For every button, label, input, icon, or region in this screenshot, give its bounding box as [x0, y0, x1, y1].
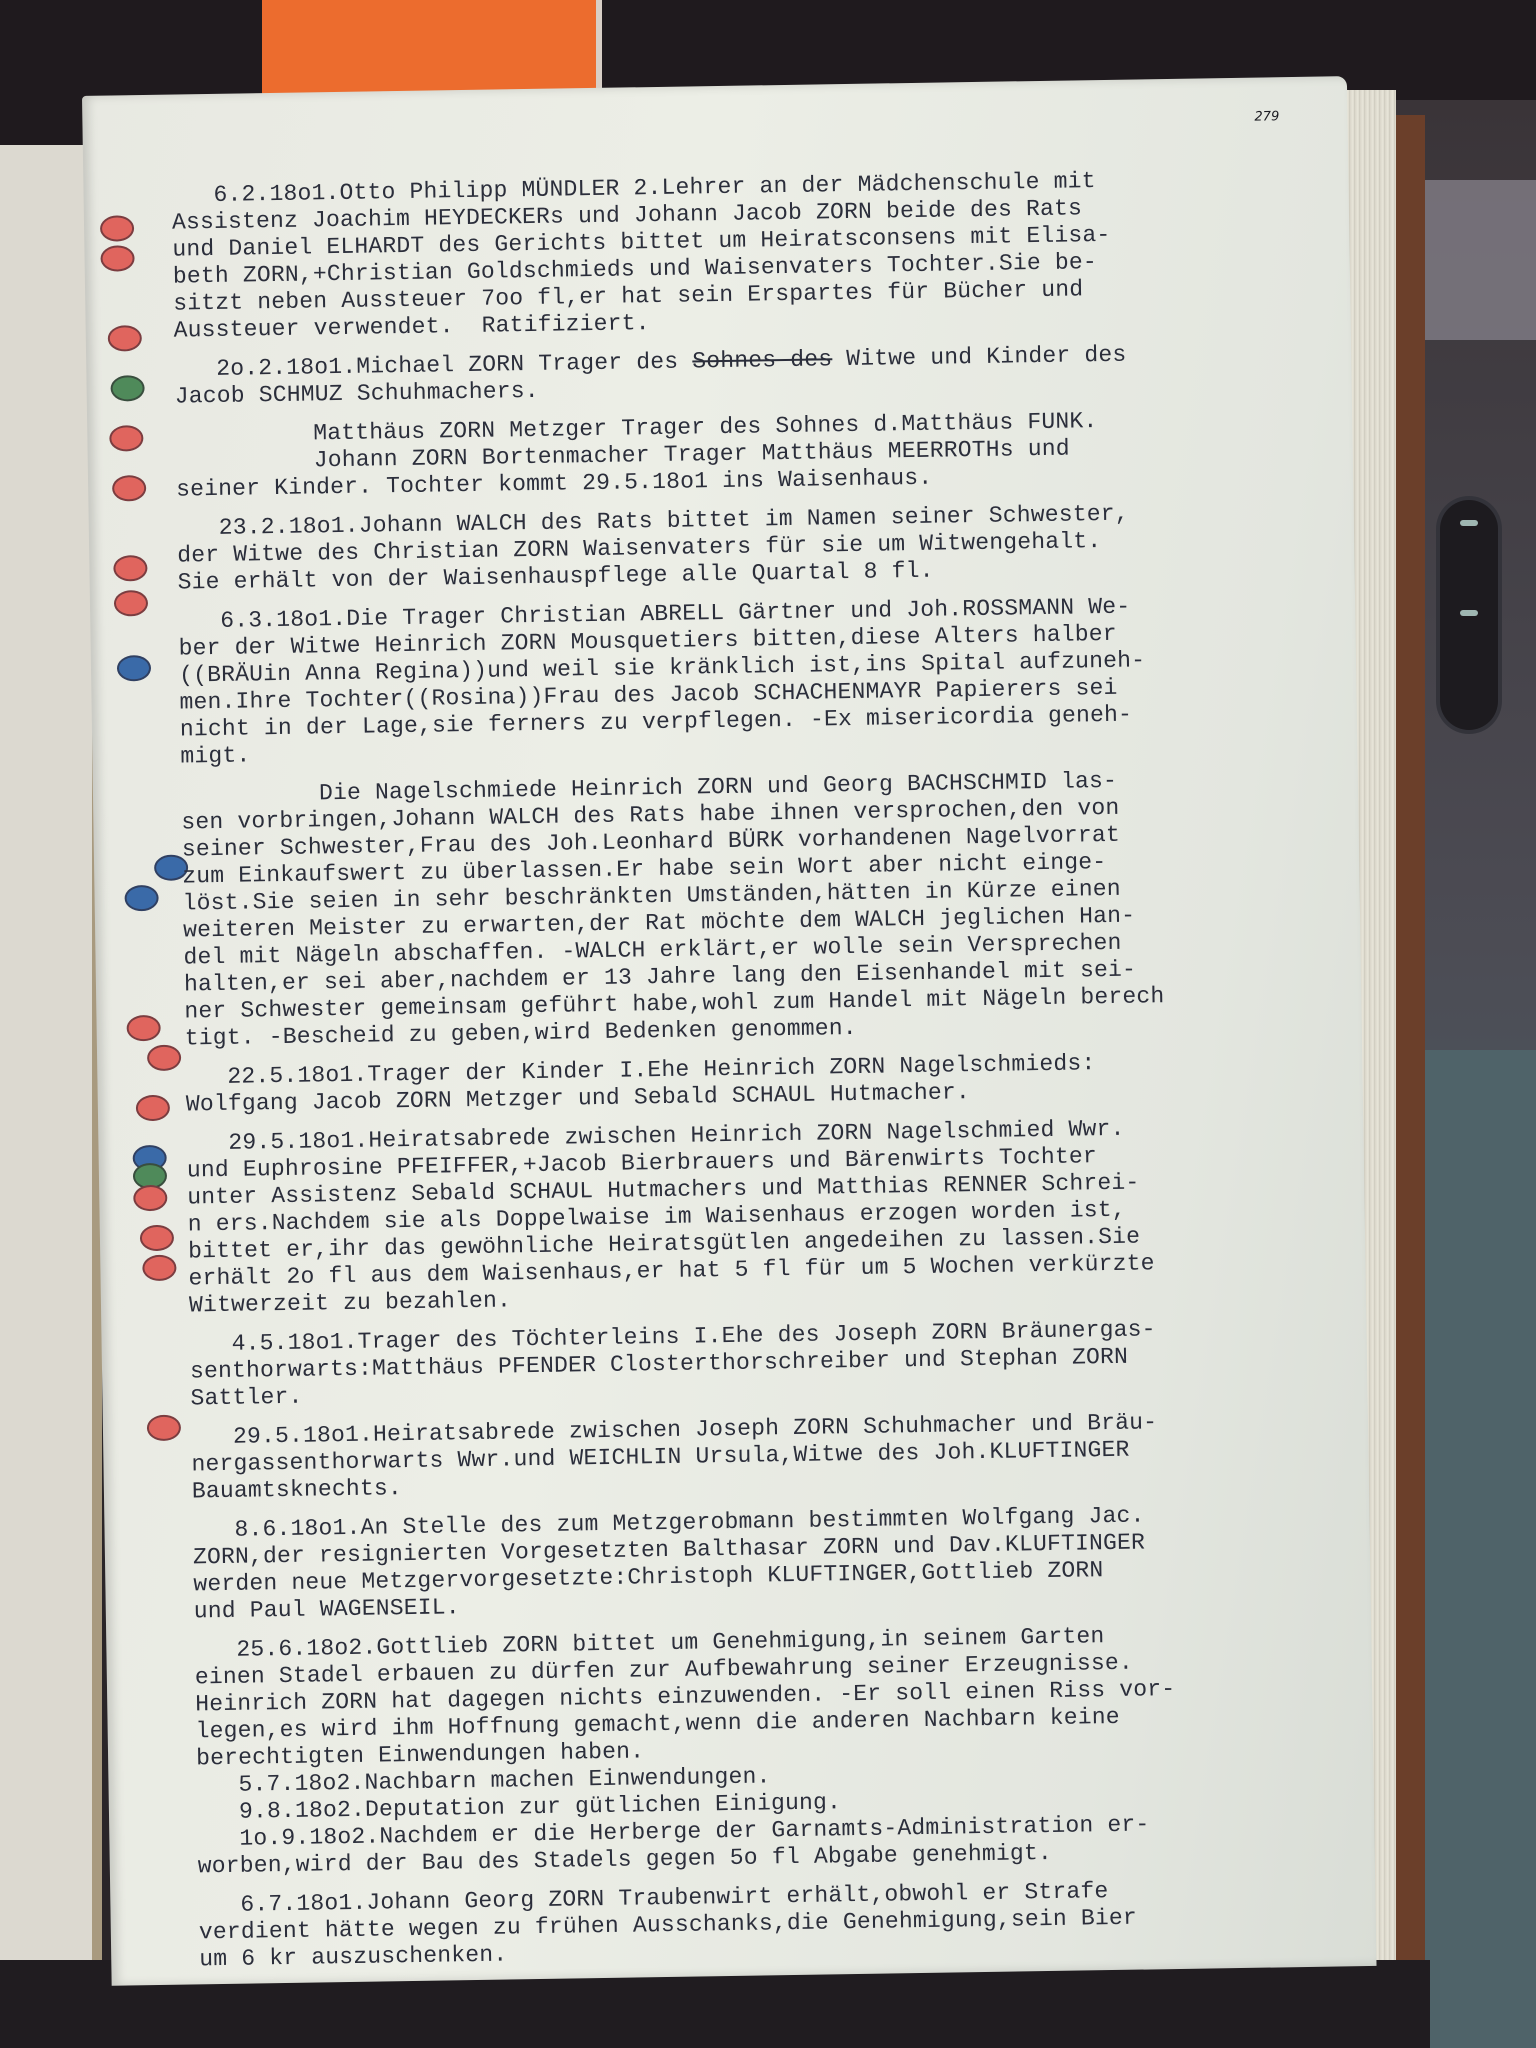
- margin-sticker-red: [108, 325, 142, 352]
- margin-sticker-red: [113, 555, 147, 582]
- entry: 23.2.18o1.Johann WALCH des Rats bittet i…: [177, 498, 1298, 597]
- margin-sticker-red: [112, 475, 146, 502]
- margin-sticker-red: [126, 1015, 160, 1042]
- margin-sticker-red: [136, 1095, 170, 1122]
- margin-sticker-red: [140, 1225, 174, 1252]
- desk-shelf: [1416, 180, 1536, 340]
- entry: Matthäus ZORN Metzger Trager des Sohnes …: [175, 405, 1296, 504]
- entry: 8.6.18o1.An Stelle des zum Metzgerobmann…: [192, 1500, 1314, 1626]
- typewritten-page: 279 6.2.18o1.Otto Philipp MÜNDLER 2.Lehr…: [82, 76, 1377, 1986]
- entry: 4.5.18o1.Trager des Töchterleins I.Ehe d…: [189, 1314, 1310, 1413]
- entry: 29.5.18o1.Heiratsabrede zwischen Heinric…: [186, 1113, 1309, 1320]
- margin-sticker-green: [110, 375, 144, 402]
- margin-sticker-red: [109, 425, 143, 452]
- margin-sticker-red: [142, 1255, 176, 1282]
- entry: 6.2.18o1.Otto Philipp MÜNDLER 2.Lehrer a…: [171, 165, 1293, 345]
- entry: Die Nagelschmiede Heinrich ZORN und Geor…: [181, 765, 1305, 1053]
- entry: 25.6.18o2.Gottlieb ZORN bittet um Genehm…: [194, 1620, 1318, 1881]
- margin-sticker-red: [147, 1045, 181, 1072]
- margin-sticker-red: [100, 215, 134, 242]
- margin-sticker-blue: [124, 885, 158, 912]
- struck-text: Sohnes des: [692, 346, 832, 374]
- drawer-handle: [1440, 500, 1498, 730]
- margin-sticker-red: [133, 1185, 167, 1212]
- entries-list: 6.2.18o1.Otto Philipp MÜNDLER 2.Lehrer a…: [171, 165, 1319, 1985]
- entry: 2o.2.18o1.Michael ZORN Trager des Sohnes…: [174, 339, 1295, 411]
- book-cover-edge: [1395, 115, 1425, 1975]
- margin-sticker-blue: [117, 655, 151, 682]
- margin-sticker-red: [114, 590, 148, 617]
- entry: 29.5.18o1.Heiratsabrede zwischen Joseph …: [191, 1407, 1312, 1506]
- entry: 22.5.18o1.Trager der Kinder I.Ehe Heinri…: [185, 1047, 1306, 1119]
- margin-sticker-red: [147, 1415, 181, 1442]
- entry: 6.3.18o1.Die Trager Christian ABRELL Gär…: [178, 591, 1300, 771]
- margin-sticker-red: [100, 245, 134, 272]
- entry: 6.7.18o1.Johann Georg ZORN Traubenwirt e…: [198, 1875, 1319, 1974]
- page-number: 279: [1254, 109, 1279, 124]
